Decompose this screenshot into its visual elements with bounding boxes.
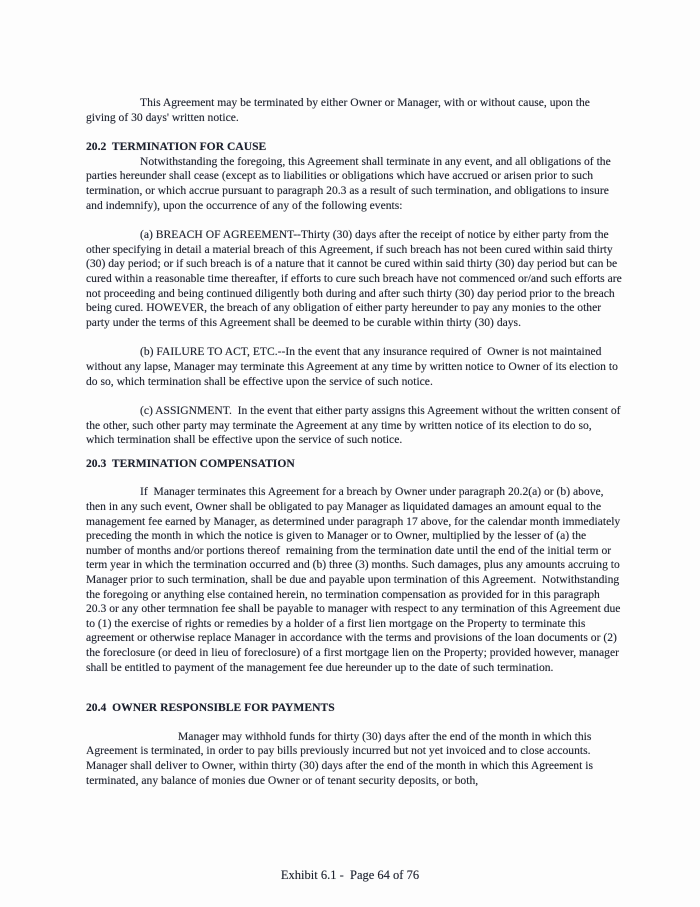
subparagraph-a-breach-of-agreement: (a) BREACH OF AGREEMENT--Thirty (30) day…	[86, 228, 622, 330]
document-body: This Agreement may be terminated by eith…	[86, 96, 622, 803]
subparagraph-b-failure-to-act: (b) FAILURE TO ACT, ETC.--In the event t…	[86, 345, 622, 389]
section-20-2-heading: 20.2 TERMINATION FOR CAUSE	[86, 140, 622, 155]
section-20-4-heading: 20.4 OWNER RESPONSIBLE FOR PAYMENTS	[86, 701, 622, 716]
section-20-2-paragraph: Notwithstanding the foregoing, this Agre…	[86, 155, 622, 213]
document-page: This Agreement may be terminated by eith…	[0, 0, 700, 907]
subparagraph-c-assignment: (c) ASSIGNMENT. In the event that either…	[86, 404, 622, 448]
section-20-3-heading: 20.3 TERMINATION COMPENSATION	[86, 457, 622, 472]
intro-paragraph: This Agreement may be terminated by eith…	[86, 96, 622, 125]
section-20-3-paragraph: If Manager terminates this Agreement for…	[86, 485, 622, 675]
section-20-4-paragraph: Manager may withhold funds for thirty (3…	[86, 730, 622, 788]
page-footer: Exhibit 6.1 - Page 64 of 76	[0, 868, 700, 883]
